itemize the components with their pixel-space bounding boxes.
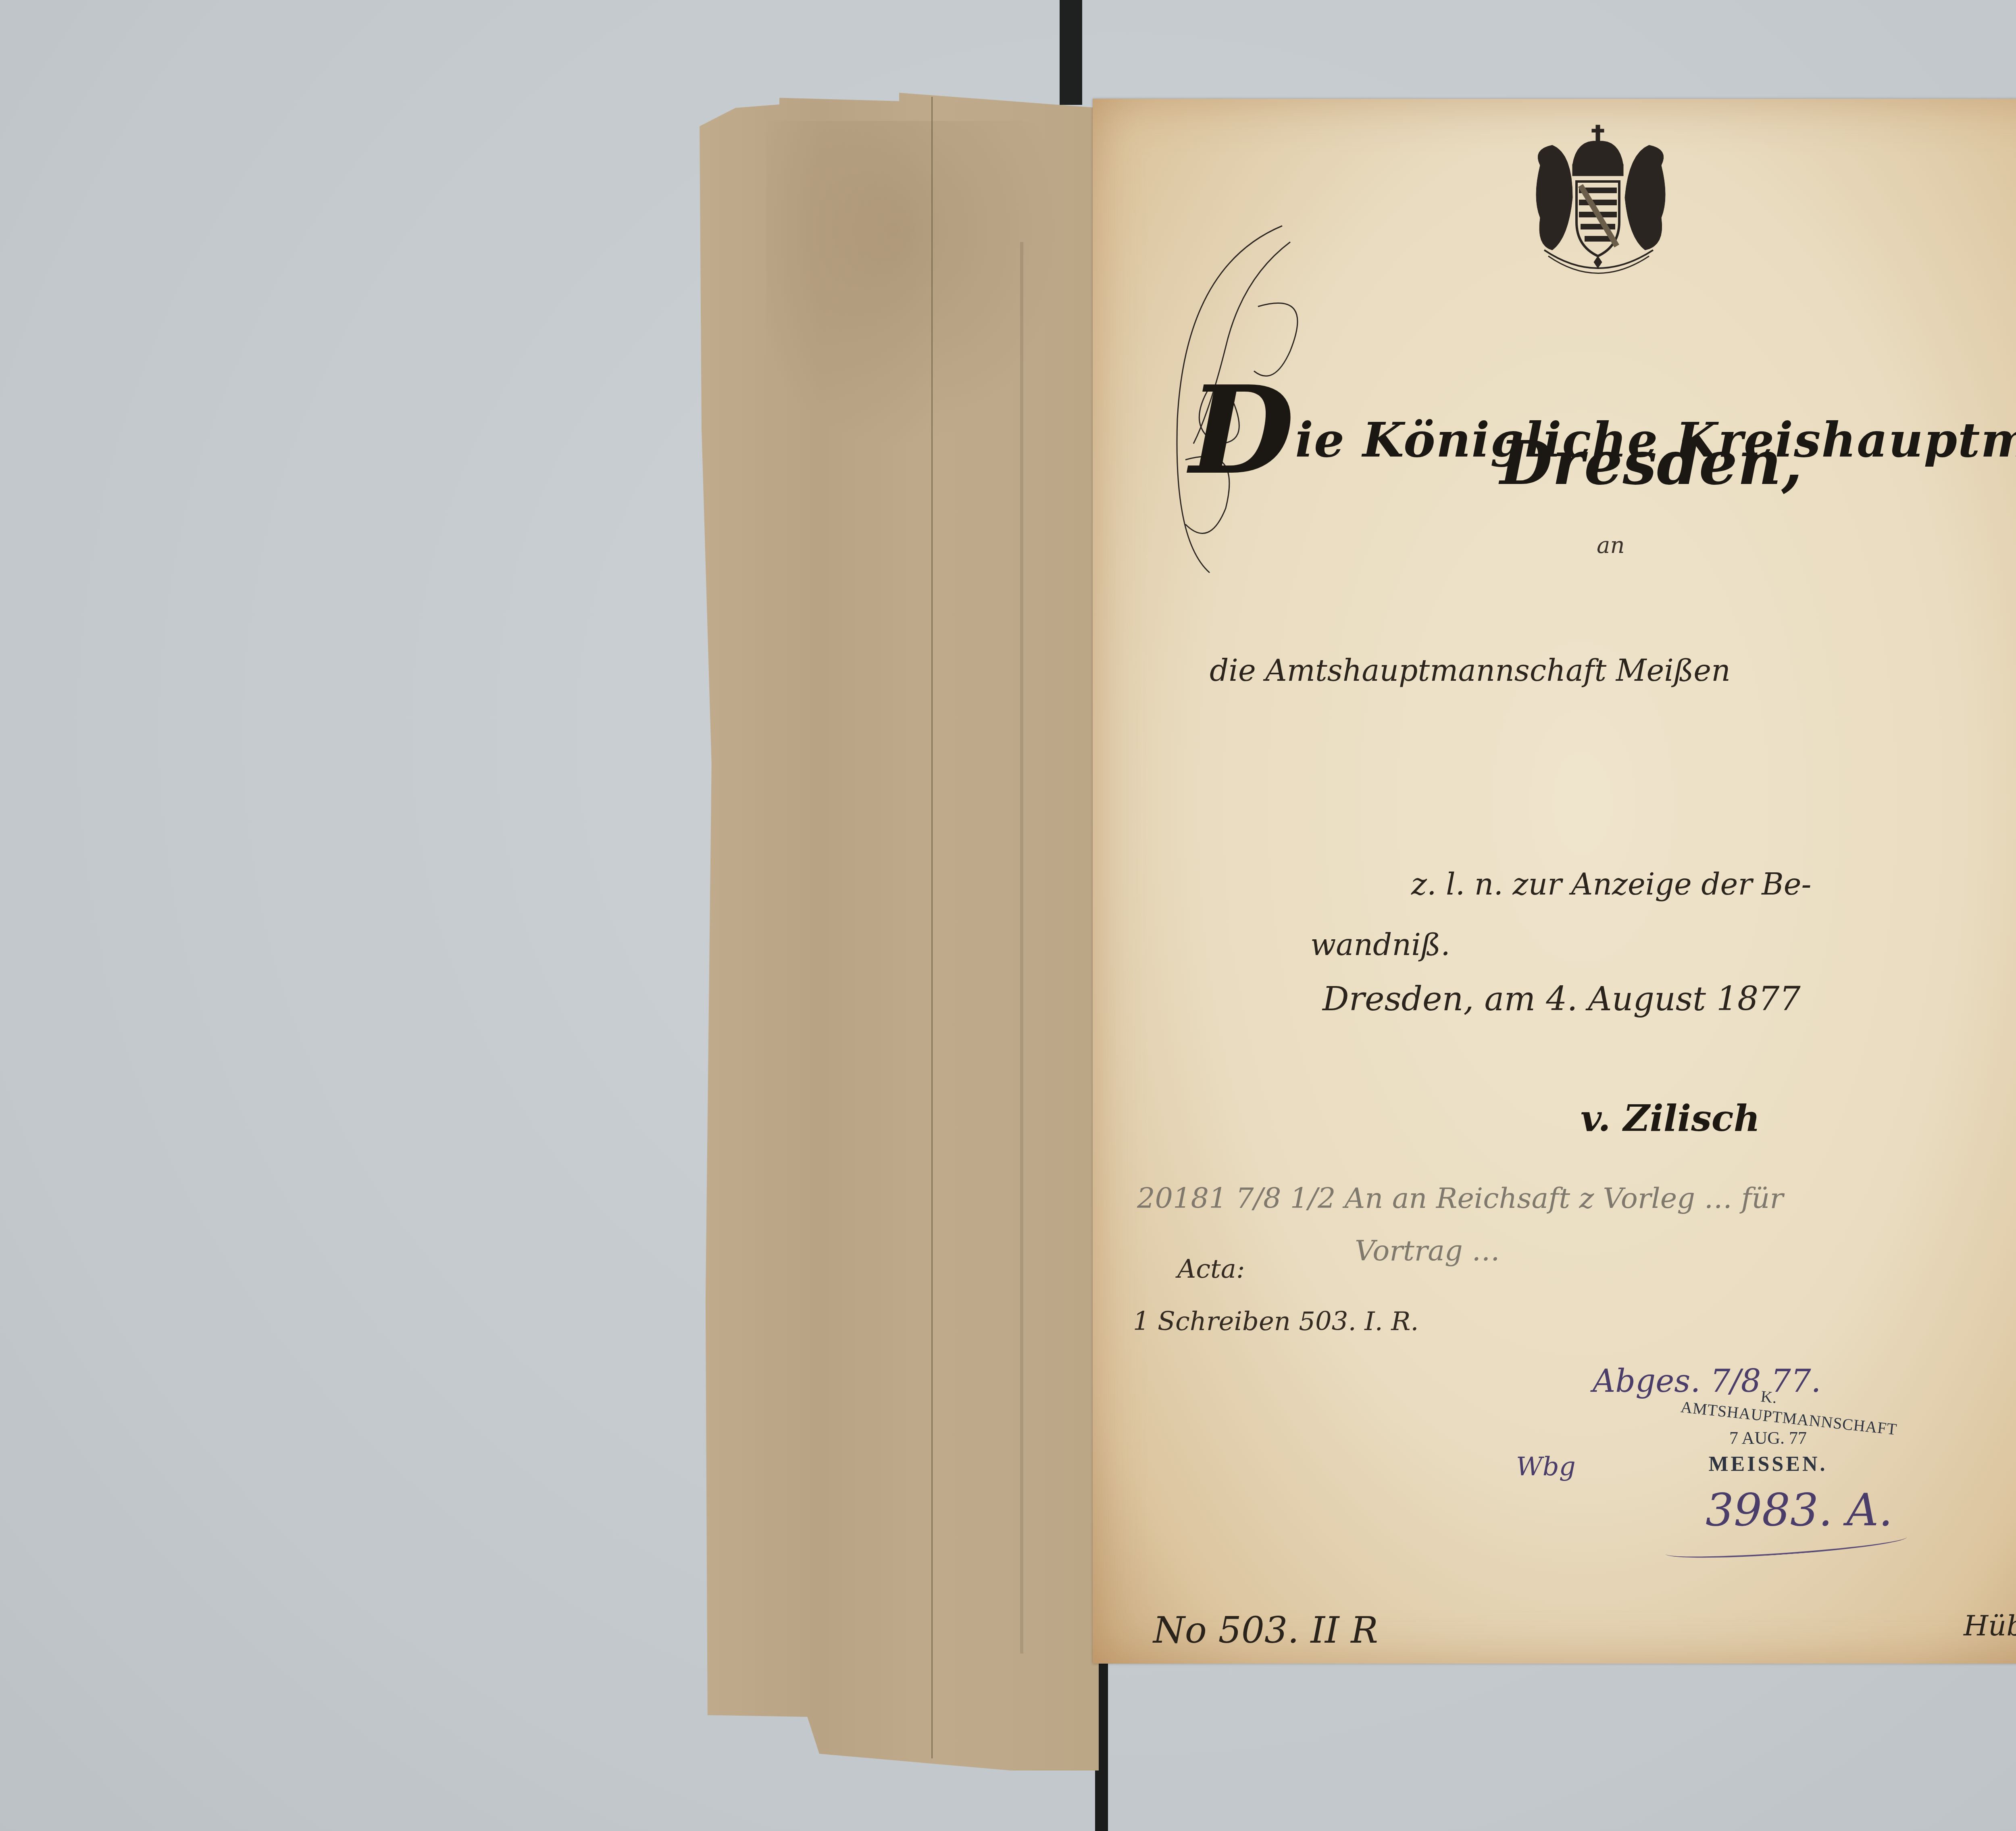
issuing-city: Dresden, bbox=[1500, 428, 1803, 498]
enclosure-note: 1 Schreiben 503. I. R. bbox=[1133, 1307, 1419, 1337]
folder-water-stain bbox=[766, 121, 1089, 484]
saxony-coat-of-arms-icon bbox=[1516, 117, 1685, 278]
addressee: die Amtshauptmannschaft Meißen bbox=[1210, 653, 1731, 688]
body-text-line-2: wandniß. bbox=[1310, 928, 1450, 962]
heading-initial: D bbox=[1189, 359, 1295, 501]
pencil-note-2: Vortrag … bbox=[1355, 1234, 1500, 1267]
folder-crease bbox=[1020, 242, 1023, 1654]
clerk-signature: Hübler bbox=[1964, 1609, 2016, 1642]
clerk-initials: Wbg bbox=[1516, 1452, 1576, 1482]
registry-number: 3983. A. bbox=[1706, 1484, 1893, 1536]
file-number: No 503. II R bbox=[1153, 1609, 1378, 1652]
date-line: Dresden, am 4. August 1877 bbox=[1322, 980, 1801, 1018]
binding-strip-top bbox=[1060, 0, 1082, 105]
stamp-city: MEISSEN. bbox=[1681, 1452, 1855, 1476]
official-signature: v. Zilisch bbox=[1581, 1097, 1760, 1140]
folder-fold-line bbox=[931, 97, 933, 1758]
receipt-stamp: K. AMTSHAUPTMANNSCHAFT 7 AUG. 77 MEISSEN… bbox=[1681, 1387, 1855, 1476]
acta-note: Acta: bbox=[1177, 1254, 1245, 1284]
pencil-note-1: 20181 7/8 1/2 An an Reichsaft z Vorleg …… bbox=[1137, 1182, 1783, 1215]
body-text-line-1: z. l. n. zur Anzeige der Be- bbox=[1411, 867, 1811, 902]
salutation-word: an bbox=[1597, 532, 1624, 559]
